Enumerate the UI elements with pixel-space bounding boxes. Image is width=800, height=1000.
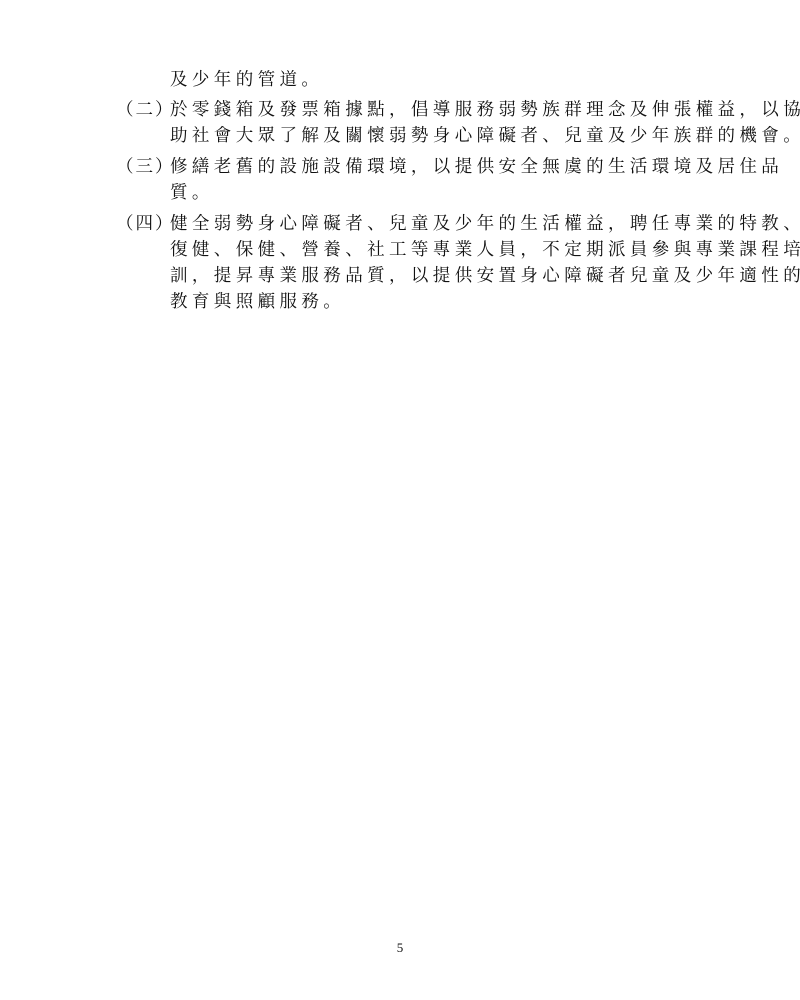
item-text-line: 健全弱勢身心障礙者、兒童及少年的生活權益，聘任專業的特教、	[170, 212, 800, 236]
item-text-line: 教育與照顧服務。	[170, 290, 345, 314]
item-text-line: 於零錢箱及發票箱據點，倡導服務弱勢族群理念及伸張權益，以協	[170, 98, 800, 122]
item-marker: （四）	[116, 212, 175, 236]
continuation-line: 及少年的管道。	[170, 68, 323, 92]
document-page: 及少年的管道。 （二） 於零錢箱及發票箱據點，倡導服務弱勢族群理念及伸張權益，以…	[0, 0, 800, 1000]
item-marker: （三）	[116, 155, 175, 179]
item-marker: （二）	[116, 98, 175, 122]
item-text-line: 助社會大眾了解及關懷弱勢身心障礙者、兒童及少年族群的機會。	[170, 124, 800, 148]
page-number: 5	[0, 940, 800, 956]
item-text-line: 修繕老舊的設施設備環境，以提供安全無虞的生活環境及居住品	[170, 155, 783, 179]
item-text-line: 質。	[170, 181, 214, 205]
item-text-line: 訓，提昇專業服務品質，以提供安置身心障礙者兒童及少年適性的	[170, 264, 800, 288]
item-text-line: 復健、保健、營養、社工等專業人員，不定期派員參與專業課程培	[170, 238, 800, 262]
